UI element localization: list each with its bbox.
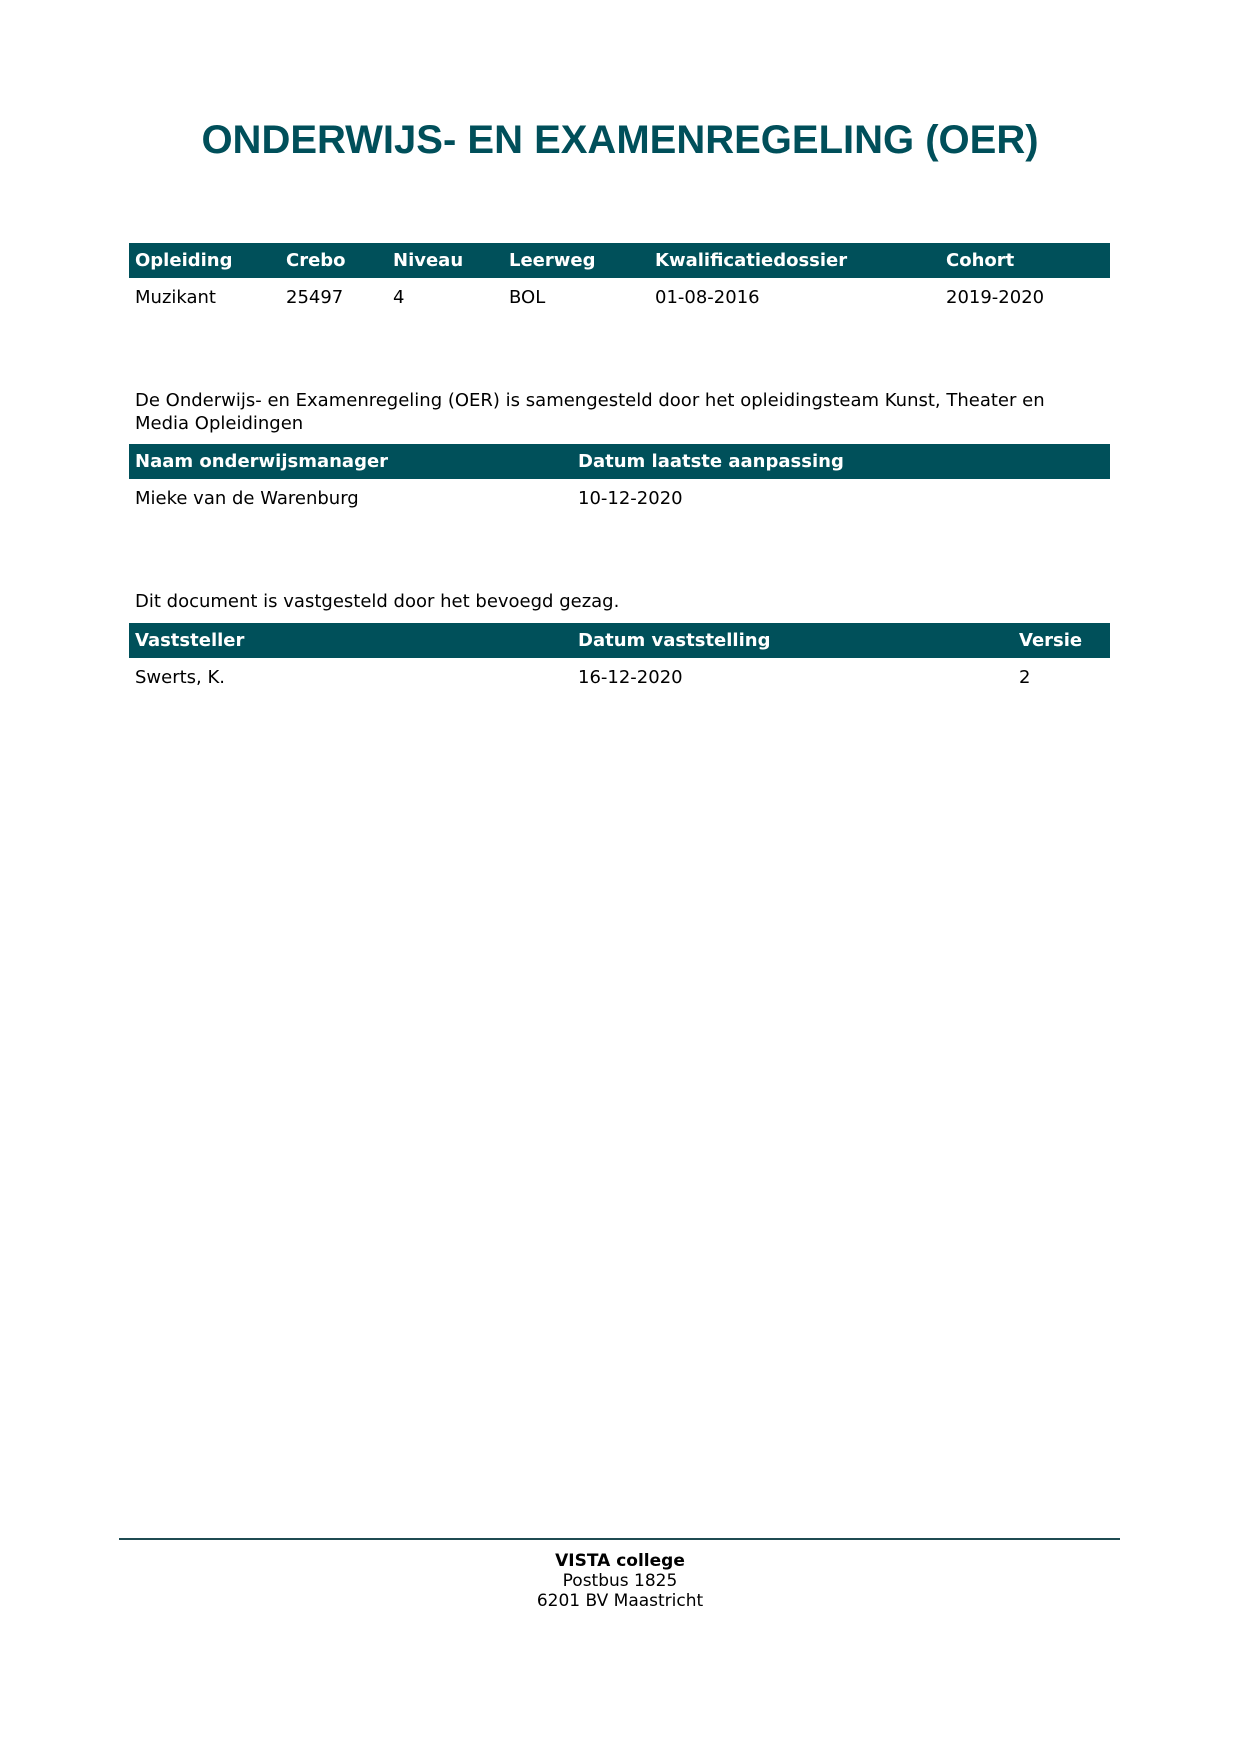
header-datum-vaststelling: Datum vaststelling: [572, 623, 1013, 658]
header-versie: Versie: [1013, 623, 1110, 658]
table-header-row: Vaststeller Datum vaststelling Versie: [129, 623, 1110, 658]
adoption-table: Vaststeller Datum vaststelling Versie Sw…: [129, 623, 1110, 696]
program-table: Opleiding Crebo Niveau Leerweg Kwalifica…: [129, 243, 1110, 316]
footer-address-line-1: Postbus 1825: [0, 1571, 1240, 1591]
table-row: Mieke van de Warenburg 10-12-2020: [129, 479, 1110, 517]
header-vaststeller: Vaststeller: [129, 623, 572, 658]
adoption-text: Dit document is vastgesteld door het bev…: [135, 590, 1095, 613]
footer-divider: [119, 1538, 1120, 1540]
composition-text: De Onderwijs- en Examenregeling (OER) is…: [135, 389, 1095, 435]
cell-opleiding: Muzikant: [129, 278, 280, 316]
header-crebo: Crebo: [280, 243, 387, 278]
cell-vaststeller: Swerts, K.: [129, 658, 572, 696]
footer: VISTA college Postbus 1825 6201 BV Maast…: [0, 1551, 1240, 1611]
cell-adoption-date: 16-12-2020: [572, 658, 1013, 696]
footer-organization: VISTA college: [0, 1551, 1240, 1571]
cell-last-modified-date: 10-12-2020: [572, 479, 1110, 517]
cell-version: 2: [1013, 658, 1110, 696]
cell-manager-name: Mieke van de Warenburg: [129, 479, 572, 517]
manager-table: Naam onderwijsmanager Datum laatste aanp…: [129, 444, 1110, 517]
cell-cohort: 2019-2020: [940, 278, 1110, 316]
header-datum-laatste-aanpassing: Datum laatste aanpassing: [572, 444, 1110, 479]
header-opleiding: Opleiding: [129, 243, 280, 278]
table-header-row: Opleiding Crebo Niveau Leerweg Kwalifica…: [129, 243, 1110, 278]
header-cohort: Cohort: [940, 243, 1110, 278]
table-row: Muzikant 25497 4 BOL 01-08-2016 2019-202…: [129, 278, 1110, 316]
table-row: Swerts, K. 16-12-2020 2: [129, 658, 1110, 696]
table-header-row: Naam onderwijsmanager Datum laatste aanp…: [129, 444, 1110, 479]
cell-niveau: 4: [387, 278, 503, 316]
header-naam-onderwijsmanager: Naam onderwijsmanager: [129, 444, 572, 479]
cell-kwalificatiedossier: 01-08-2016: [649, 278, 940, 316]
document-title: ONDERWIJS- EN EXAMENREGELING (OER): [0, 118, 1240, 163]
cell-crebo: 25497: [280, 278, 387, 316]
footer-address-line-2: 6201 BV Maastricht: [0, 1591, 1240, 1611]
header-kwalificatiedossier: Kwalificatiedossier: [649, 243, 940, 278]
cell-leerweg: BOL: [503, 278, 649, 316]
header-leerweg: Leerweg: [503, 243, 649, 278]
header-niveau: Niveau: [387, 243, 503, 278]
